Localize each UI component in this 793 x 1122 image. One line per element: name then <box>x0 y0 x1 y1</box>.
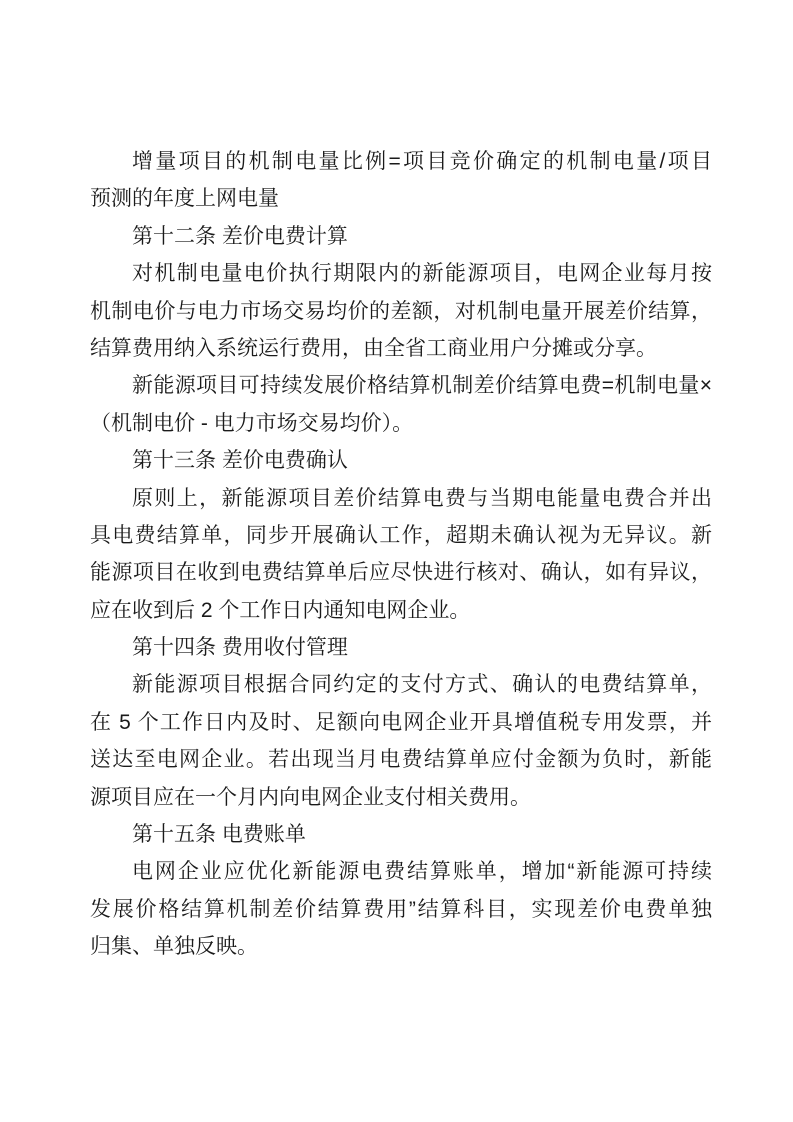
text-line: 电网企业应优化新能源电费结算账单，增加“新能源可持续 <box>90 853 712 890</box>
text-line: 能源项目在收到电费结算单后应尽快进行核对、确认，如有异议， <box>90 554 712 591</box>
text-line: 原则上，新能源项目差价结算电费与当期电能量电费合并出 <box>90 480 712 517</box>
article-heading-13: 第十三条 差价电费确认 <box>90 442 712 479</box>
text-line: 新能源项目根据合同约定的支付方式、确认的电费结算单， <box>90 666 712 703</box>
text-line: 具电费结算单，同步开展确认工作，超期未确认视为无异议。新 <box>90 517 712 554</box>
text-line: 在 5 个工作日内及时、足额向电网企业开具增值税专用发票，并 <box>90 704 712 741</box>
article-heading-15: 第十五条 电费账单 <box>90 816 712 853</box>
text-line: 结算费用纳入系统运行费用，由全省工商业用户分摊或分享。 <box>90 330 712 367</box>
article-heading-12: 第十二条 差价电费计算 <box>90 218 712 255</box>
document-page: 增量项目的机制电量比例=项目竞价确定的机制电量/项目 预测的年度上网电量 第十二… <box>0 0 793 1122</box>
text-line: 应在收到后 2 个工作日内通知电网企业。 <box>90 592 712 629</box>
text-line: 送达至电网企业。若出现当月电费结算单应付金额为负时，新能 <box>90 741 712 778</box>
document-text-block: 增量项目的机制电量比例=项目竞价确定的机制电量/项目 预测的年度上网电量 第十二… <box>90 143 712 966</box>
text-line: 归集、单独反映。 <box>90 928 712 965</box>
text-line: 增量项目的机制电量比例=项目竞价确定的机制电量/项目 <box>90 143 712 180</box>
text-line: 预测的年度上网电量 <box>90 180 712 217</box>
text-line: （机制电价 - 电力市场交易均价）。 <box>90 405 712 442</box>
article-heading-14: 第十四条 费用收付管理 <box>90 629 712 666</box>
text-line: 对机制电量电价执行期限内的新能源项目，电网企业每月按 <box>90 255 712 292</box>
text-line: 发展价格结算机制差价结算费用”结算科目，实现差价电费单独 <box>90 891 712 928</box>
text-line: 源项目应在一个月内向电网企业支付相关费用。 <box>90 779 712 816</box>
text-line: 新能源项目可持续发展价格结算机制差价结算电费=机制电量× <box>90 367 712 404</box>
text-line: 机制电价与电力市场交易均价的差额，对机制电量开展差价结算， <box>90 293 712 330</box>
